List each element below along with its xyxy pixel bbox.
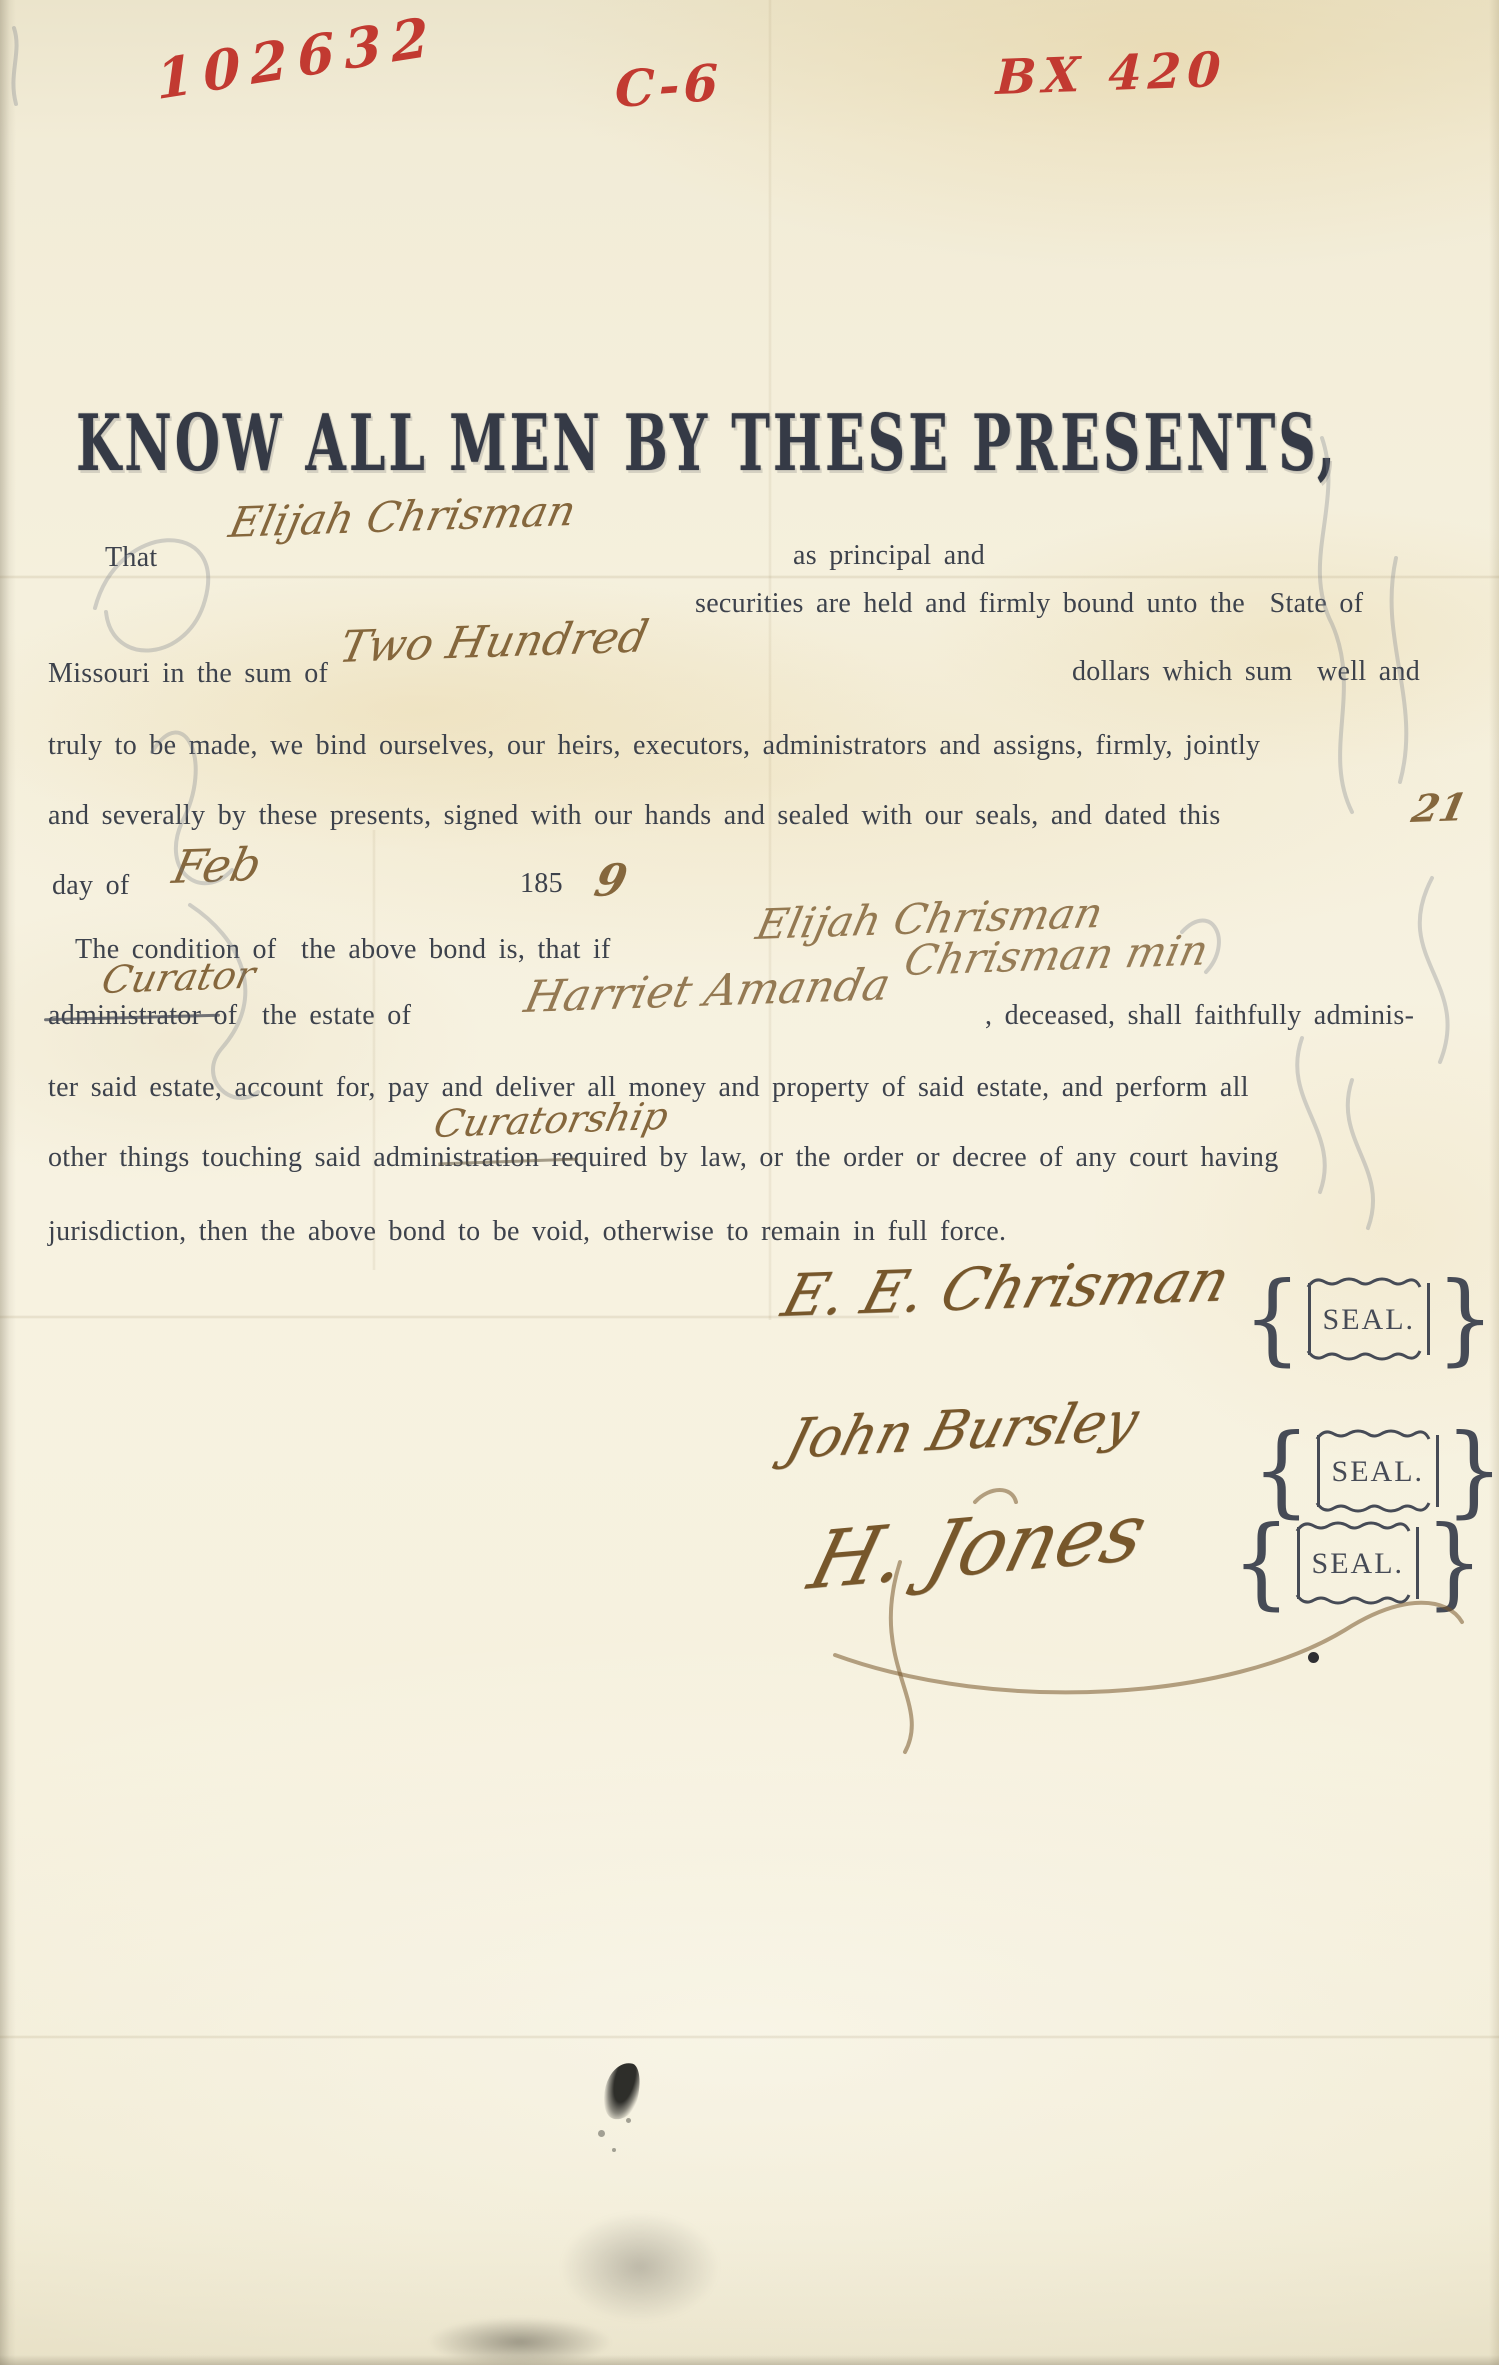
seal-stamp-1: { SEAL. }: [1243, 1276, 1495, 1362]
other-post-text: required by law, or the order or decree …: [539, 1142, 1278, 1173]
seal-frame: SEAL.: [1297, 1527, 1420, 1599]
ink-speck: [612, 2148, 616, 2152]
that-label: That: [105, 542, 158, 574]
administration-word: administration: [373, 1142, 539, 1173]
date-month-handwriting: Feb: [168, 837, 266, 894]
fold-crease: [768, 0, 772, 1320]
seal-stamp-3: { SEAL. }: [1232, 1520, 1484, 1606]
fold-crease: [372, 830, 376, 1270]
estate-name-handwriting: Harriet Amanda: [520, 959, 895, 1023]
archival-accession-number: 102632: [155, 3, 440, 112]
scan-edge-left: [0, 0, 16, 2365]
fold-crease: [0, 1315, 899, 1319]
securities-line: securities are held and firmly bound unt…: [695, 588, 1363, 620]
severally-line: and severally by these presents, signed …: [48, 800, 1221, 832]
curator-note-handwriting: Curator: [98, 953, 259, 1002]
estate-surname-note-handwriting: Chrisman min: [900, 926, 1213, 985]
seal-ornament-top: [1314, 1426, 1432, 1442]
signature-surety-1: John Bursley: [780, 1389, 1145, 1471]
document-page: 102632 C-6 BX 420 KNOW ALL MEN BY THESE …: [0, 0, 1499, 2365]
bottom-edge-stain: [430, 2318, 610, 2365]
ink-bleed-marks: [0, 0, 1499, 2365]
seal-brace-left: {: [1232, 1517, 1291, 1610]
estate-of-text: of the estate of: [201, 1000, 411, 1031]
as-principal-text: as principal and: [793, 540, 985, 572]
seal-ornament-top: [1294, 1518, 1412, 1534]
scan-edge-right: [1489, 0, 1499, 2365]
truly-line: truly to be made, we bind ourselves, our…: [48, 730, 1260, 762]
seal-brace-left: {: [1252, 1425, 1311, 1518]
smudge-stain: [560, 2212, 720, 2322]
date-year-digit-handwriting: 9: [590, 855, 632, 907]
missouri-prefix: Missouri in the sum of: [48, 658, 328, 690]
seal-label: SEAL.: [1323, 1303, 1416, 1336]
scan-edge-bottom: [0, 2355, 1499, 2365]
seal-ornament-bottom: [1305, 1348, 1423, 1364]
other-pre-text: other things touching said: [48, 1142, 373, 1173]
seal-label: SEAL.: [1312, 1547, 1405, 1580]
date-day-handwriting: 21: [1408, 784, 1471, 831]
principal-name-handwriting: Elijah Chrisman: [225, 486, 580, 547]
fold-crease: [0, 2035, 1499, 2039]
year-prefix: 185: [520, 868, 563, 900]
ink-speck: [626, 2118, 631, 2123]
seal-ornament-bottom: [1314, 1500, 1432, 1516]
archival-file-code: C-6: [615, 52, 722, 119]
ink-blot: [598, 2059, 645, 2124]
document-title: KNOW ALL MEN BY THESE PRESENTS,: [76, 398, 1338, 490]
seal-label: SEAL.: [1332, 1455, 1425, 1488]
sum-amount-handwriting: Two Hundred: [335, 611, 653, 673]
deceased-line: , deceased, shall faithfully adminis-: [985, 1000, 1414, 1032]
seal-ornament-top: [1305, 1274, 1423, 1290]
signature-principal: E. E. Chrisman: [775, 1246, 1238, 1330]
seal-brace-right: }: [1445, 1425, 1499, 1518]
signature-surety-2: H. Jones: [800, 1487, 1156, 1608]
day-of-label: day of: [52, 870, 130, 902]
jurisdiction-line: jurisdiction, then the above bond to be …: [48, 1216, 1006, 1248]
dollars-suffix: dollars which sum well and: [1072, 656, 1420, 688]
ink-dot: [1308, 1652, 1319, 1663]
seal-brace-right: }: [1436, 1273, 1495, 1366]
fold-crease: [0, 575, 1499, 579]
seal-frame: SEAL.: [1308, 1283, 1431, 1355]
curatorship-note-handwriting: Curatorship: [430, 1094, 672, 1146]
seal-ornament-bottom: [1294, 1592, 1412, 1608]
ink-speck: [598, 2130, 605, 2137]
seal-brace-left: {: [1243, 1273, 1302, 1366]
seal-stamp-2: { SEAL. }: [1252, 1428, 1499, 1514]
seal-frame: SEAL.: [1317, 1435, 1440, 1507]
archival-box-number: BX 420: [995, 42, 1228, 106]
seal-brace-right: }: [1425, 1517, 1484, 1610]
other-things-line: other things touching said administratio…: [48, 1142, 1279, 1174]
